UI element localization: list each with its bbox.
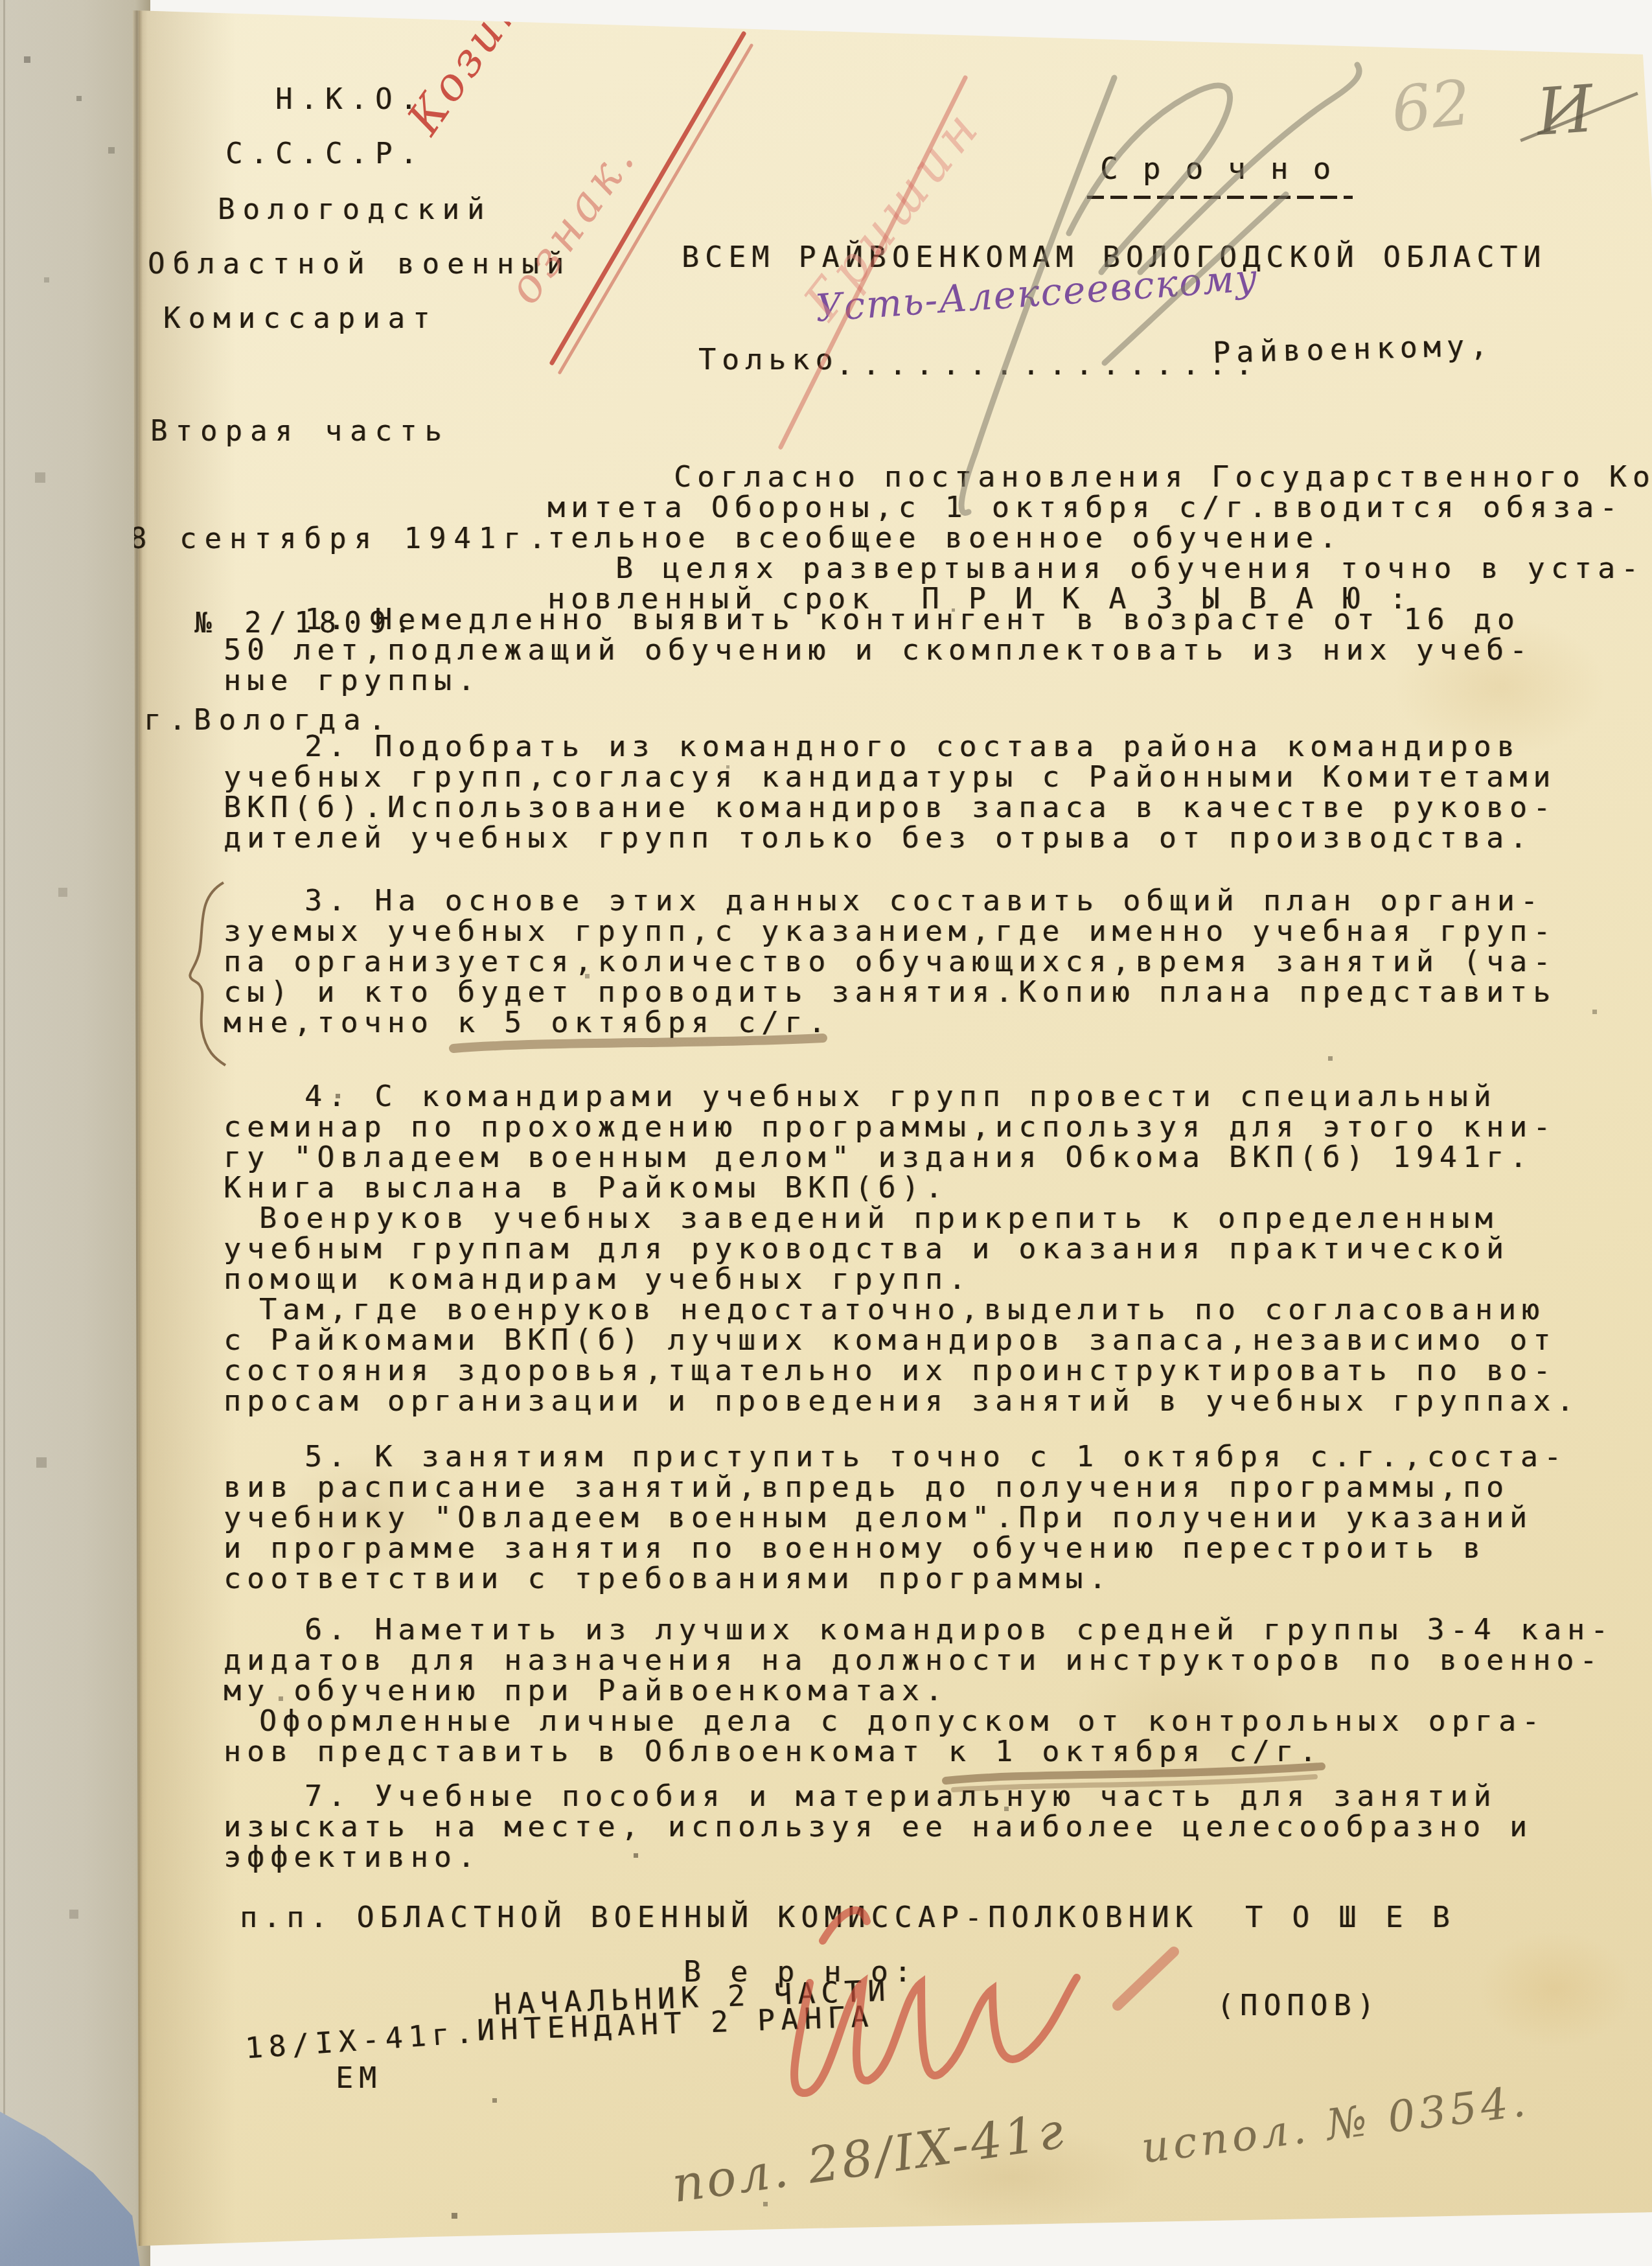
urgent-underline xyxy=(1087,196,1353,199)
order-point-4: 4. С командирами учебных групп провести … xyxy=(224,1081,1556,1203)
typist-initials: ЕМ xyxy=(336,2061,382,2095)
text-line: помощи командирам учебных групп. xyxy=(224,1264,1509,1294)
order-point-5: 5. К занятиям приступить точно с 1 октяб… xyxy=(224,1441,1567,1593)
text-line: с Райкомами ВКП(б) лучших командиров зап… xyxy=(224,1324,1579,1355)
order-point-6-sub: Оформленные личные дела с допуском от ко… xyxy=(224,1705,1545,1766)
text-line: тельное всеобщее военное обучение. xyxy=(547,522,1652,553)
text-line: ные группы. xyxy=(224,665,1533,695)
pencil-page-number: 62 xyxy=(1388,66,1474,146)
text-line: учебнику "Овладеем военным делом".При по… xyxy=(224,1502,1567,1532)
signed-by-line: п.п. ОБЛАСТНОЙ ВОЕННЫЙ КОМИССАР-ПОЛКОВНИ… xyxy=(240,1900,1456,1934)
stain xyxy=(1477,1931,1633,2048)
underlying-page-edge xyxy=(3,0,5,2266)
text-line: учебных групп,согласуя кандидатуры с Рай… xyxy=(224,761,1556,792)
text-line: 7. Учебные пособия и материальную часть … xyxy=(224,1781,1533,1811)
text-line: Согласно постановления Государственного … xyxy=(547,461,1652,492)
text-line: 6. Наметить из лучших командиров средней… xyxy=(224,1614,1614,1645)
text-line: 5. К занятиям приступить точно с 1 октяб… xyxy=(224,1441,1567,1472)
order-point-4-sub2: Там,где военруков недостаточно,выделить … xyxy=(224,1294,1579,1416)
text-line: ВКП(б).Использование командиров запаса в… xyxy=(224,792,1556,822)
order-point-7: 7. Учебные пособия и материальную часть … xyxy=(224,1781,1533,1872)
text-line: Оформленные личные дела с допуском от ко… xyxy=(224,1705,1545,1736)
letterhead-org-line5: Комиссариат xyxy=(163,302,437,335)
text-line: сы) и кто будет проводить занятия.Копию … xyxy=(224,977,1556,1007)
commissar-name: (ПОПОВ) xyxy=(1217,1988,1381,2022)
only-label: Только xyxy=(698,342,839,376)
text-line: Военруков учебных заведений прикрепить к… xyxy=(224,1203,1509,1233)
text-line: му обучению при Райвоенкоматах. xyxy=(224,1675,1614,1705)
text-line: 2. Подобрать из командного состава район… xyxy=(224,731,1556,761)
text-line: и программе занятия по военному обучению… xyxy=(224,1532,1567,1563)
text-line: гу "Овладеем военным делом" издания Обко… xyxy=(224,1142,1556,1172)
order-point-6: 6. Наметить из лучших командиров средней… xyxy=(224,1614,1614,1705)
certification-date: 18/IХ-41г. xyxy=(244,2015,480,2065)
text-line: нов представить в Облвоенкомат к 1 октяб… xyxy=(224,1736,1545,1766)
text-line: па организуется,количество обучающихся,в… xyxy=(224,946,1556,977)
executed-note: испол. № 0354. xyxy=(1139,2076,1532,2173)
bleedthrough-marks xyxy=(0,0,3,3)
text-line: дителей учебных групп только без отрыва … xyxy=(224,822,1556,853)
text-line: 4. С командирами учебных групп провести … xyxy=(224,1081,1556,1111)
text-line: зуемых учебных групп,с указанием,где име… xyxy=(224,916,1556,946)
red-annotation-word2: ознак. xyxy=(496,130,647,314)
underlying-page xyxy=(0,0,150,2266)
urgent-label: Срочно xyxy=(1100,151,1355,186)
text-line: Книга выслана в Райкомы ВКП(б). xyxy=(224,1172,1556,1203)
text-line: просам организации и проведения занятий … xyxy=(224,1385,1579,1416)
scanned-document-photo: { "letterhead": { "org1": "Н.К.О.", "org… xyxy=(0,0,1652,2266)
text-line: учебным группам для руководства и оказан… xyxy=(224,1233,1509,1264)
text-line: дидатов для назначения на должности инст… xyxy=(224,1645,1614,1675)
addressee-dotted-line: ................ xyxy=(836,347,1261,382)
addressee-typed: Райвоенкому, xyxy=(1212,328,1493,369)
pencil-mark: И xyxy=(1534,71,1596,150)
crease-shadow xyxy=(139,0,236,2266)
text-line: 3. На основе этих данных составить общий… xyxy=(224,885,1556,916)
text-line: изыскать на месте, используя ее наиболее… xyxy=(224,1811,1533,1842)
document-page: Н.К.О. С.С.С.Р. Вологодский Областной во… xyxy=(0,0,1652,2266)
intro-paragraph: Согласно постановления Государственного … xyxy=(547,461,1652,553)
order-point-1: 1. Немедленно выявить контингент в возра… xyxy=(224,604,1533,695)
text-line: 1. Немедленно выявить контингент в возра… xyxy=(224,604,1533,634)
text-line: митета Обороны,с 1 октября с/г.вводится … xyxy=(547,492,1652,522)
order-point-3: 3. На основе этих данных составить общий… xyxy=(224,885,1556,1037)
text-line: В целях развертывания обучения точно в у… xyxy=(547,553,1644,583)
letterhead-org-line3: Вологодский xyxy=(218,193,492,226)
order-point-4-sub1: Военруков учебных заведений прикрепить к… xyxy=(224,1203,1509,1294)
order-point-2: 2. Подобрать из командного состава район… xyxy=(224,731,1556,853)
letterhead-department: Вторая часть xyxy=(150,415,450,448)
text-line: 50 лет,подлежащий обучению и скомплектов… xyxy=(224,634,1533,665)
text-line: состояния здоровья,тщательно их проинстр… xyxy=(224,1355,1579,1385)
text-line: семинар по прохождению программы,использ… xyxy=(224,1111,1556,1142)
text-line: Там,где военруков недостаточно,выделить … xyxy=(224,1294,1579,1324)
letterhead-date: 8 сентября 1941г. xyxy=(130,522,553,555)
text-line: вив расписание занятий,впредь до получен… xyxy=(224,1472,1567,1502)
text-line: эффективно. xyxy=(224,1842,1533,1872)
letterhead-org-line2: С.С.С.Р. xyxy=(225,137,425,170)
text-line: соответствии с требованиями программы. xyxy=(224,1563,1567,1593)
text-line: мне,точно к 5 октября с/г. xyxy=(224,1007,1556,1037)
red-annotation-word1: Козин xyxy=(397,0,536,144)
